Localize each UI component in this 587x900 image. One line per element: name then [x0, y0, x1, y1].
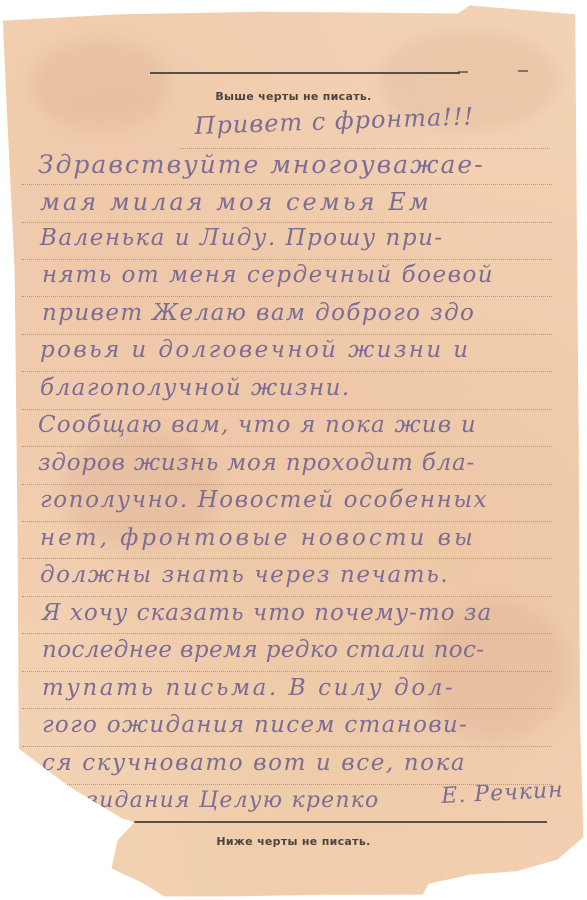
- ruled-line: [180, 148, 550, 149]
- letter-line: мая милая моя семья Ем: [40, 188, 432, 216]
- ruled-line: [22, 746, 552, 747]
- ruled-line: [22, 596, 552, 597]
- letter-line: ся скучновато вот и все, пока: [42, 750, 466, 776]
- letter-line: гого ожидания писем станови-: [42, 712, 468, 738]
- letter-line: Здравствуйте многоуважае-: [38, 150, 485, 179]
- bottom-rule: [122, 821, 547, 823]
- ruled-line: [22, 409, 552, 410]
- ruled-line: [22, 633, 552, 634]
- ruled-line: [22, 259, 552, 260]
- letter-line: тупать письма. В силу дол-: [42, 675, 455, 701]
- ruled-line: [22, 371, 552, 372]
- letter-line: досвидания Целую крепко: [42, 788, 380, 813]
- ruled-line: [22, 558, 552, 559]
- letter-line: здоров жизнь моя проходит бла-: [38, 450, 475, 476]
- letter-line: Валенька и Лиду. Прошу при-: [40, 225, 444, 251]
- ruled-line: [22, 484, 552, 485]
- letter-line: Сообщаю вам, что я пока жив и: [38, 412, 477, 438]
- ruled-line: [22, 222, 552, 223]
- letter-heading: Привет с фронта!!!: [194, 102, 475, 140]
- paper-stain: [30, 40, 170, 130]
- letter-line: Я хочу сказать что почему-то за: [42, 600, 492, 626]
- ruled-line: [22, 521, 552, 522]
- letter-line: нет, фронтовые новости вы: [40, 525, 476, 551]
- top-rule: [150, 72, 460, 74]
- letter-line: должны знать через печать.: [40, 562, 449, 588]
- letter-line: нять от меня сердечный боевой: [42, 262, 494, 288]
- printed-top-instruction: Выше черты не писать.: [0, 90, 587, 103]
- letter-line: последнее время редко стали пос-: [42, 637, 484, 663]
- ruled-line: [22, 708, 552, 709]
- ruled-line: [22, 671, 552, 672]
- letter-line: гополучно. Новостей особенных: [40, 487, 488, 513]
- ruled-line: [22, 446, 552, 447]
- printed-bottom-instruction: Ниже черты не писать.: [0, 835, 587, 848]
- top-rule-fragment: [458, 71, 468, 73]
- top-rule-fragment: [518, 70, 528, 72]
- letter-line: привет Желаю вам доброго здо: [42, 300, 475, 326]
- ruled-line: [22, 334, 552, 335]
- letter-line: благополучной жизни.: [40, 375, 351, 401]
- ruled-line: [22, 184, 552, 185]
- letter-line: ровья и долговечной жизни и: [40, 337, 471, 363]
- ruled-line: [22, 296, 552, 297]
- letter-paper: Выше черты не писать. Привет с фронта!!!…: [0, 0, 587, 900]
- signature: Е. Речкин: [441, 778, 565, 809]
